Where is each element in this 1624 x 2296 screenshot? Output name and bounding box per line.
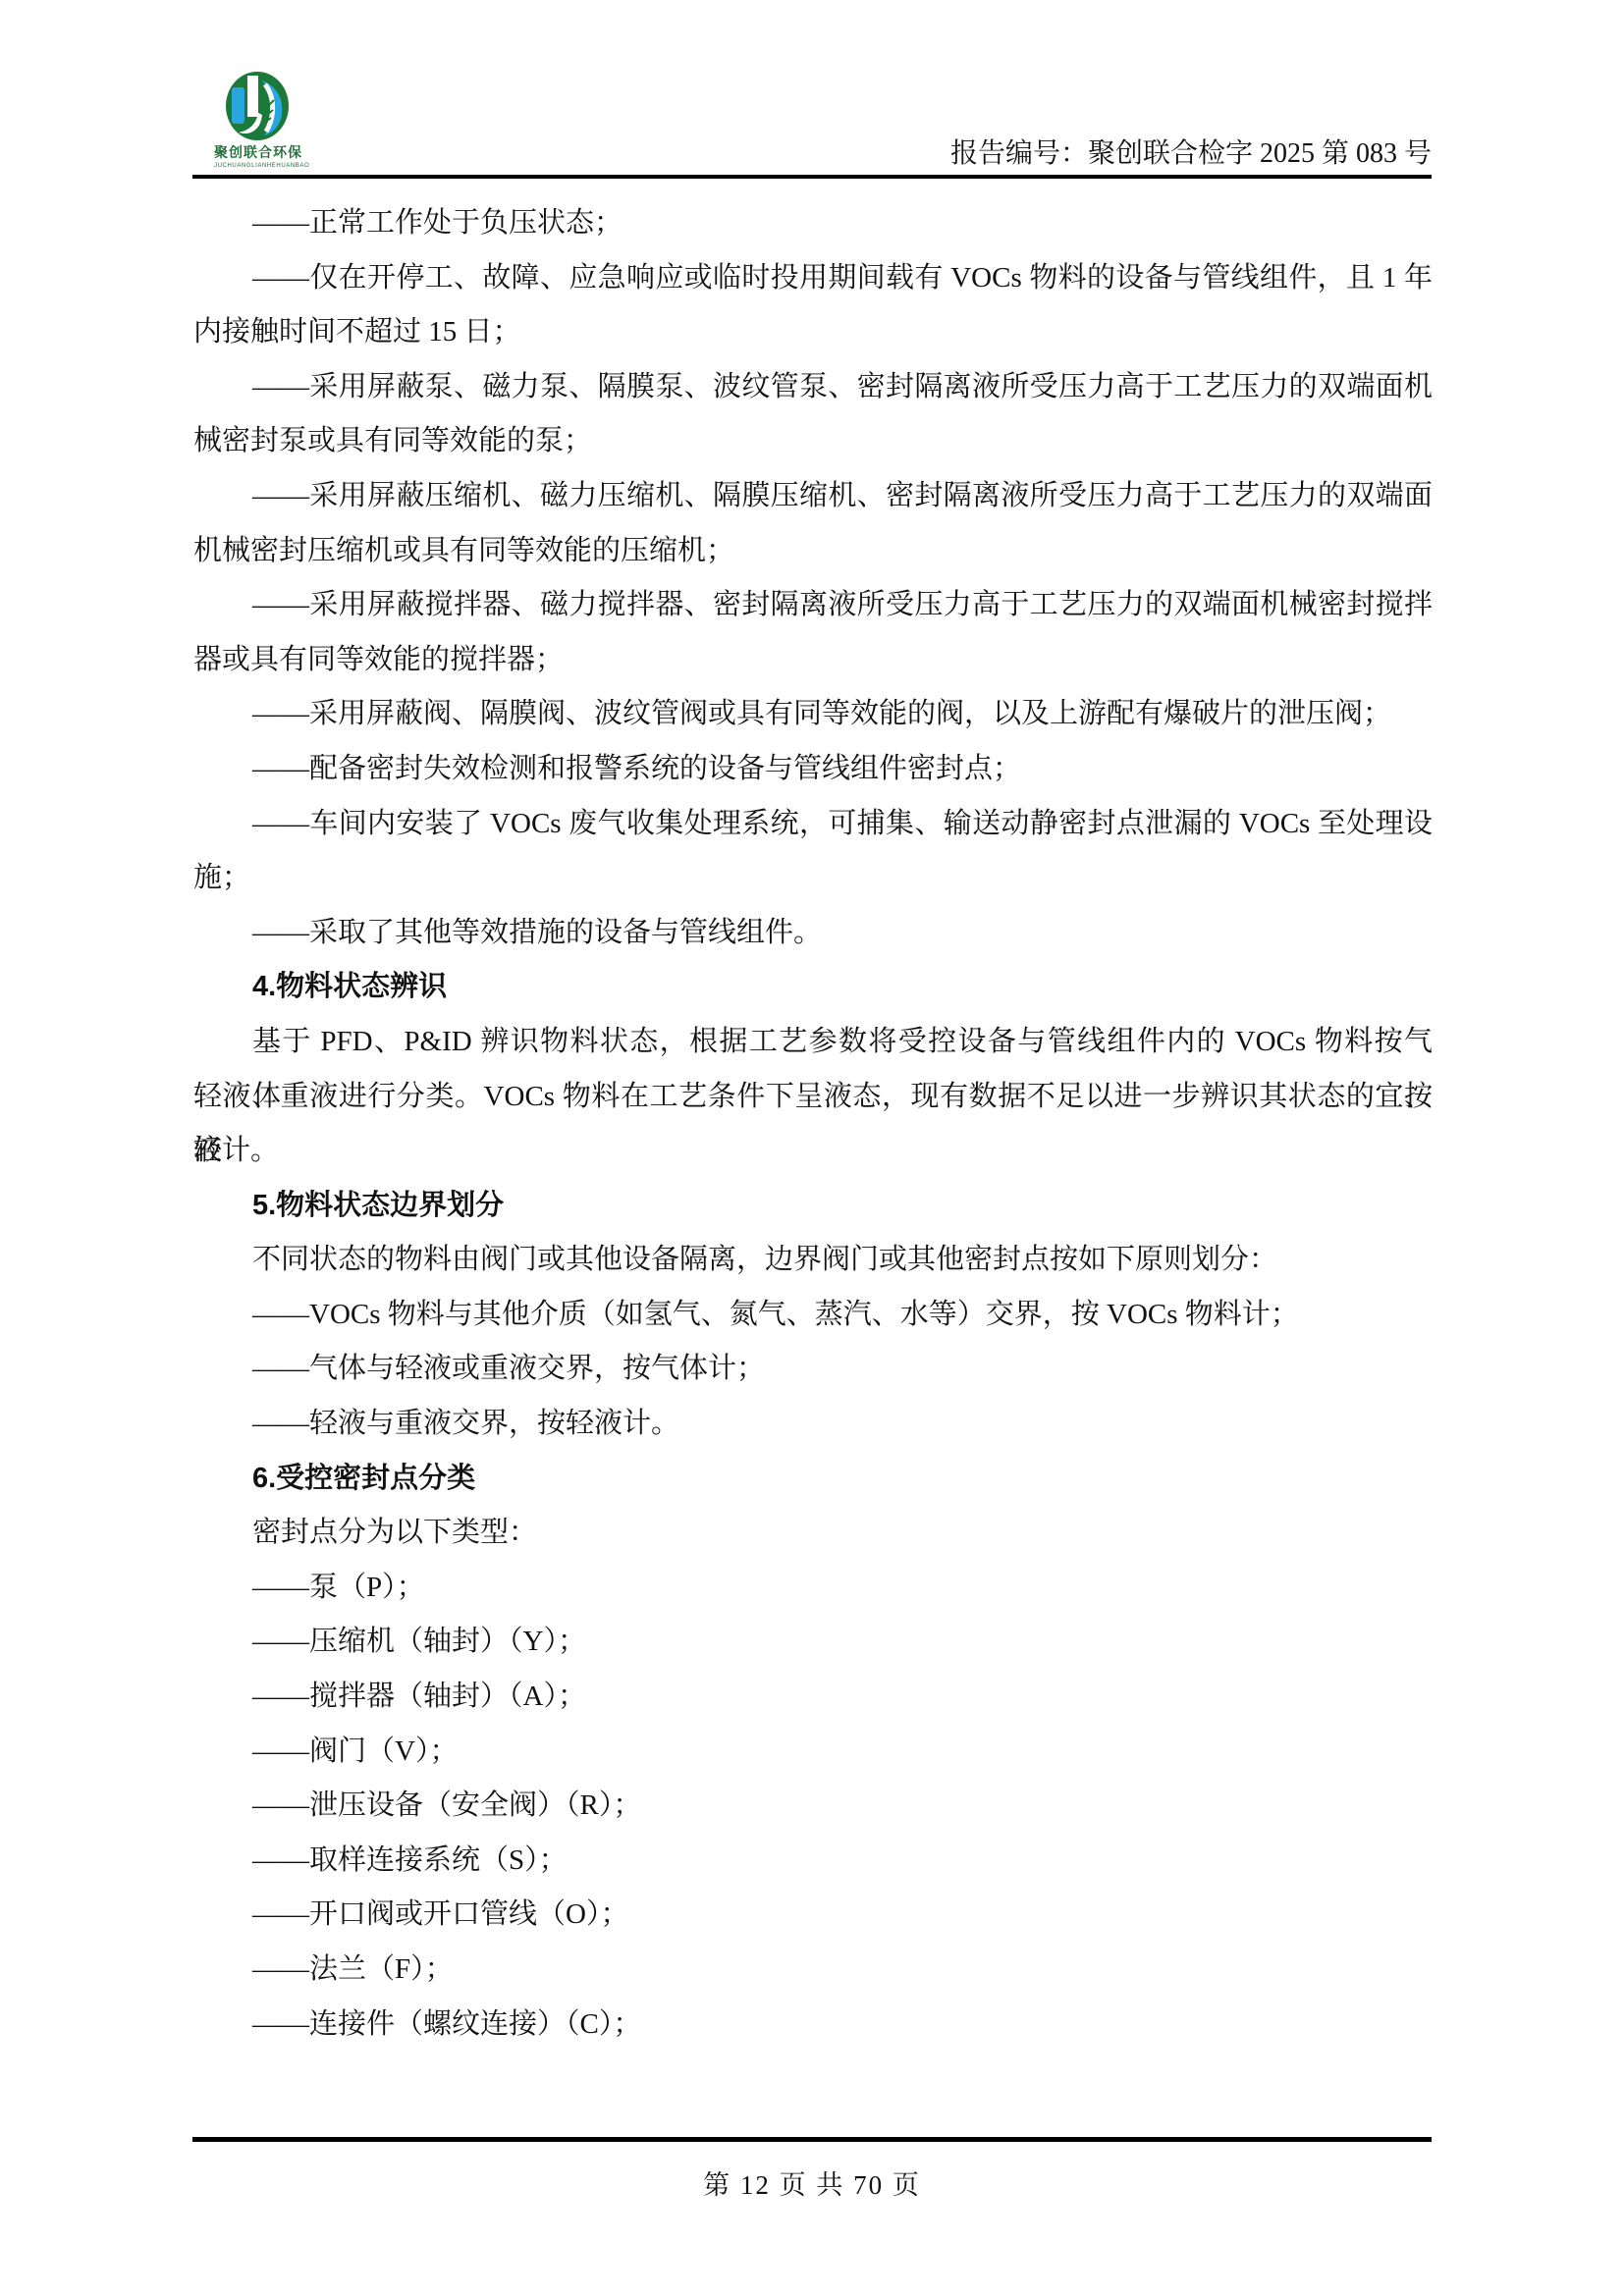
body-line: ——取样连接系统（S）； xyxy=(193,1834,1433,1889)
body-text: ——正常工作处于负压状态；——仅在开停工、故障、应急响应或临时投用期间载有 VO… xyxy=(193,196,1433,2052)
body-line: ——搅拌器（轴封）（A）； xyxy=(193,1670,1433,1725)
body-line: ——气体与轻液或重液交界，按气体计； xyxy=(193,1342,1433,1397)
body-line: ——采用屏蔽泵、磁力泵、隔膜泵、波纹管泵、密封隔离液所受压力高于工艺压力的双端面… xyxy=(193,360,1433,415)
body-line: 轻液、重液进行分类。VOCs 物料在工艺条件下呈液态，现有数据不足以进一步辨识其… xyxy=(193,1070,1433,1125)
body-line: ——压缩机（轴封）（Y）； xyxy=(193,1615,1433,1670)
company-logo: 聚创联合环保 JUCHUANGLIANHEHUANBAO xyxy=(214,72,300,169)
body-line: ——VOCs 物料与其他介质（如氢气、氮气、蒸汽、水等）交界，按 VOCs 物料… xyxy=(193,1288,1433,1343)
logo-company-name: 聚创联合环保 xyxy=(214,142,300,162)
body-line: 密封点分为以下类型： xyxy=(193,1506,1433,1561)
body-line: ——泄压设备（安全阀）（R）； xyxy=(193,1779,1433,1834)
body-line: 机械密封压缩机或具有同等效能的压缩机； xyxy=(193,524,1433,579)
header-rule xyxy=(192,175,1432,179)
body-line: ——泵（P）； xyxy=(193,1561,1433,1616)
section-heading: 6.受控密封点分类 xyxy=(193,1452,1433,1507)
body-line: ——采用屏蔽压缩机、磁力压缩机、隔膜压缩机、密封隔离液所受压力高于工艺压力的双端… xyxy=(193,469,1433,524)
body-line: ——配备密封失效检测和报警系统的设备与管线组件密封点； xyxy=(193,742,1433,797)
body-line: ——车间内安装了 VOCs 废气收集处理系统，可捕集、输送动静密封点泄漏的 VO… xyxy=(193,797,1433,852)
body-line: ——正常工作处于负压状态； xyxy=(193,196,1433,251)
body-line: ——连接件（螺纹连接）（C）； xyxy=(193,1998,1433,2053)
body-line: ——阀门（V）； xyxy=(193,1725,1433,1780)
body-line: 不同状态的物料由阀门或其他设备隔离，边界阀门或其他密封点按如下原则划分： xyxy=(193,1233,1433,1288)
page-number: 第 12 页 共 70 页 xyxy=(0,2163,1624,2202)
body-line: ——仅在开停工、故障、应急响应或临时投用期间载有 VOCs 物料的设备与管线组件… xyxy=(193,251,1433,306)
body-line: ——采取了其他等效措施的设备与管线组件。 xyxy=(193,906,1433,961)
section-heading: 5.物料状态边界划分 xyxy=(193,1179,1433,1234)
footer-rule xyxy=(192,2137,1432,2142)
body-line: 械密封泵或具有同等效能的泵； xyxy=(193,414,1433,469)
section-heading: 4.物料状态辨识 xyxy=(193,960,1433,1015)
body-line: ——采用屏蔽搅拌器、磁力搅拌器、密封隔离液所受压力高于工艺压力的双端面机械密封搅… xyxy=(193,578,1433,633)
body-line: ——轻液与重液交界，按轻液计。 xyxy=(193,1397,1433,1452)
body-line: ——开口阀或开口管线（O）； xyxy=(193,1888,1433,1943)
document-page: 聚创联合环保 JUCHUANGLIANHEHUANBAO 报告编号：聚创联合检字… xyxy=(0,0,1624,2296)
logo-company-name-en: JUCHUANGLIANHEHUANBAO xyxy=(214,163,300,169)
body-line: 基于 PFD、P&ID 辨识物料状态，根据工艺参数将受控设备与管线组件内的 VO… xyxy=(193,1015,1433,1070)
body-line: 器或具有同等效能的搅拌器； xyxy=(193,633,1433,688)
body-line: 液计。 xyxy=(193,1124,1433,1179)
body-line: ——采用屏蔽阀、隔膜阀、波纹管阀或具有同等效能的阀，以及上游配有爆破片的泄压阀； xyxy=(193,687,1433,742)
report-number: 报告编号：聚创联合检字 2025 第 083 号 xyxy=(950,137,1432,171)
logo-mark xyxy=(226,72,289,140)
body-line: ——法兰（F）； xyxy=(193,1943,1433,1998)
body-line: 施； xyxy=(193,851,1433,906)
body-line: 内接触时间不超过 15 日； xyxy=(193,305,1433,360)
